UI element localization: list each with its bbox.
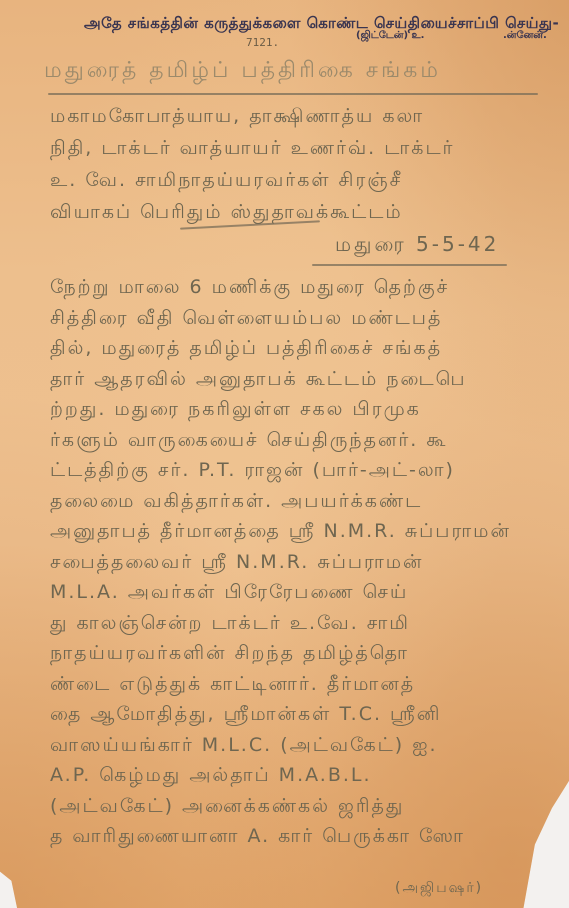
body-line: தை ஆமோதித்து, ஸ்ரீமான்கள் T.C. ஸ்ரீனி [50, 699, 550, 730]
body-line: தலைமை வகித்தார்கள். அபயர்க்கண்ட [50, 486, 550, 517]
body-line: சபைத்தலைவர் ஸ்ரீ N.M.R. சுப்பராமன் [50, 547, 550, 578]
body-line: A.P. கெழ்மது அல்தாப் M.A.B.L. [50, 760, 550, 791]
signature-note: (அஜிபஷர்) [395, 880, 483, 898]
date-underline [312, 264, 507, 266]
body-line: நேற்று மாலை 6 மணிக்கு மதுரை தெற்குச் [50, 272, 550, 303]
body-line: சித்திரை வீதி வெள்ளையம்பல மண்டபத் [50, 303, 550, 334]
body-line: தில், மதுரைத் தமிழ்ப் பத்திரிகைச் சங்கத் [50, 333, 550, 364]
body-line: த வாரிதுணையானா A. கார் பெருக்கா ஸோ [50, 821, 550, 852]
header-annotation-note-right: .ன்னேன். [503, 30, 547, 42]
document-title: மதுரைத் தமிழ்ப் பத்திரிகை சங்கம் [44, 58, 441, 86]
intro-line: உ. வே. சாமிநாதய்யரவர்கள் சிரஞ்சீ [50, 164, 550, 196]
body-line: M.L.A. அவர்கள் பிரேரேபணை செய் [50, 577, 550, 608]
date-line: மதுரை 5-5-42 [335, 232, 499, 259]
manuscript-page: அதே சங்கத்தின் கருத்துக்களை கொண்ட செய்தி… [0, 0, 569, 908]
body-line: ண்டை எடுத்துக் காட்டினார். தீர்மானத் [50, 669, 550, 700]
body-line: ட்டத்திற்கு சர். P.T. ராஜன் (பார்-அட்-லா… [50, 455, 550, 486]
title-underline [48, 93, 538, 95]
intro-line: நிதி, டாக்டர் வாத்யாயர் உணர்வ். டாக்டர் [50, 132, 550, 164]
body-line: ர்களும் வாருகையைச் செய்திருந்தனர். கூ [50, 425, 550, 456]
header-annotation: அதே சங்கத்தின் கருத்துக்களை கொண்ட செய்தி… [84, 14, 554, 34]
reference-number: 7121. [246, 36, 279, 49]
body-line: வாஸய்யங்கார் M.L.C. (அட்வகேட்) ஐ. [50, 730, 550, 761]
intro-paragraph: மகாமகோபாத்யாய, தாக்ஷிணாத்ய கலா நிதி, டாக… [50, 100, 550, 228]
body-line: து காலஞ்சென்ற டாக்டர் உ.வே. சாமி [50, 608, 550, 639]
body-line: (அட்வகேட்) அனைக்கண்கல் ஜரித்து [50, 791, 550, 822]
body-line: அனுதாபத் தீர்மானத்தை ஸ்ரீ N.M.R. சுப்பரா… [50, 516, 550, 547]
body-line: நாதய்யரவர்களின் சிறந்த தமிழ்த்தொ [50, 638, 550, 669]
intro-line: மகாமகோபாத்யாய, தாக்ஷிணாத்ய கலா [50, 100, 550, 132]
body-line: ற்றது. மதுரை நகரிலுள்ள சகல பிரமுக [50, 394, 550, 425]
body-line: தார் ஆதரவில் அனுதாபக் கூட்டம் நடைபெ [50, 364, 550, 395]
header-annotation-note: (ஜிட்டேன்) உ. [356, 30, 424, 42]
body-paragraph: நேற்று மாலை 6 மணிக்கு மதுரை தெற்குச் சித… [50, 272, 550, 852]
